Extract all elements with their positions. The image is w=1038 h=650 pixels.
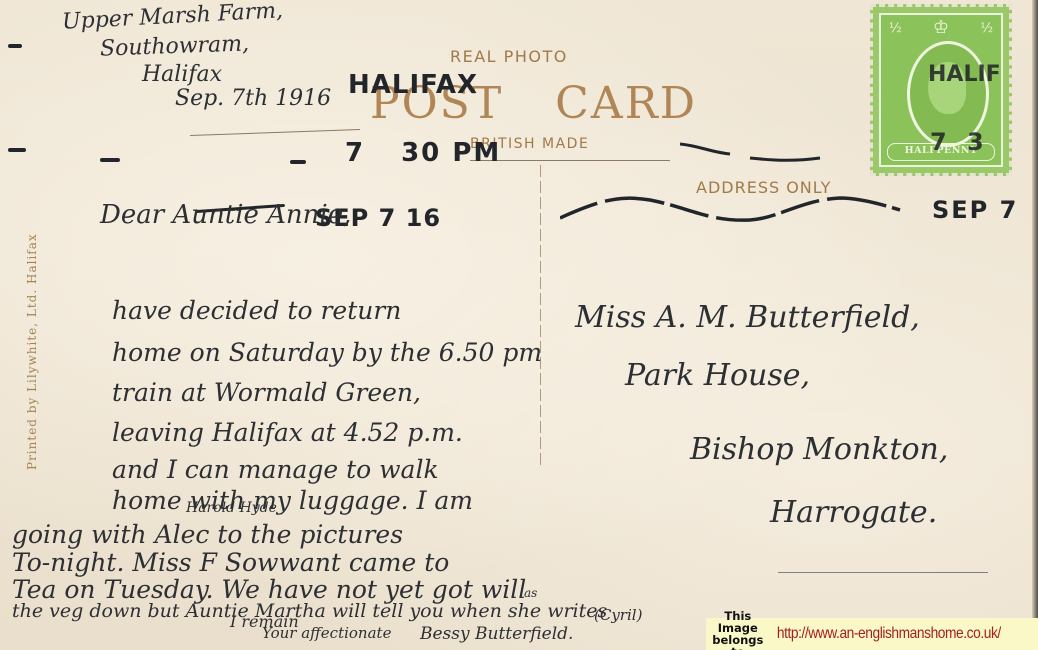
postmark-hour: 7 [345,138,365,168]
message-insertion: (Cyril) [594,606,642,624]
message-line: train at Wormald Green, [112,378,421,407]
postmark-stamp-town: HALIF [928,62,1001,87]
cancellation-dash [8,44,22,48]
message-line: going with Alec to the pictures [12,520,403,549]
cancellation-wave-small-icon [680,140,880,170]
watermark-label-line-1: This Image [706,610,770,634]
message-line: leaving Halifax at 4.52 p.m. [112,418,463,447]
message-greeting: Dear Auntie Annie, [100,200,351,230]
printer-credit: Printed by Lilywhite, Ltd. Halifax [25,233,39,470]
message-line: the veg down but Auntie Martha will tell… [12,600,607,622]
message-insertion: Harold Hyde [186,500,277,516]
recipient-address-line-4: Harrogate. [770,495,937,530]
message-insertion: as [524,586,537,600]
postmark-time: 730 PM [345,138,501,168]
sender-address-line-1: Upper Marsh Farm, [61,0,283,35]
header-rule-left [190,129,360,136]
postmark-town: HALIFAX [348,70,478,100]
message-signature: Bessy Butterfield. [420,624,573,644]
cancellation-dash [100,158,120,162]
cancellation-dash [290,160,306,164]
real-photo-heading: REAL PHOTO [450,47,568,66]
watermark-label-line-2: belongs to [706,634,770,650]
card-edge-shadow [1032,0,1038,650]
stamp-denomination-left: ½ [889,21,902,36]
postmark-stamp-time: 7 3 [930,128,990,156]
watermark-label: This Image belongs to [706,610,770,650]
message-line: To-night. Miss F Sowwant came to [12,548,449,577]
sender-date: Sep. 7th 1916 [175,86,331,111]
recipient-address-line-2: Park House, [625,358,810,393]
postmark-date-right: SEP 7 [932,196,1018,224]
message-line: home with my luggage. I am [112,486,473,515]
address-underline [778,572,988,573]
postcard-back: REAL PHOTO POSTCARD BRITISH MADE ADDRESS… [0,0,1038,650]
recipient-name: Miss A. M. Butterfield, [575,300,920,335]
card-word: CARD [555,78,697,129]
stamp-denomination-right: ½ [980,21,993,36]
message-line: and I can manage to walk [112,455,439,484]
recipient-address-line-3: Bishop Monkton, [690,432,948,467]
sender-address-line-3: Halifax [142,62,222,87]
message-line: home on Saturday by the 6.50 pm [112,338,542,367]
center-divider [540,165,541,465]
watermark-url-link[interactable]: http://www.an-englishmanshome.co.uk/ [770,625,1001,643]
crown-icon: ♔ [933,17,949,38]
watermark-banner: This Image belongs to http://www.an-engl… [706,618,1038,650]
message-closing: Your affectionate [262,624,391,642]
message-line: have decided to return [112,296,401,325]
cancellation-dash [8,148,26,152]
sender-address-line-2: Southowram, [100,31,250,61]
postmark-minutes: 30 PM [401,138,501,168]
